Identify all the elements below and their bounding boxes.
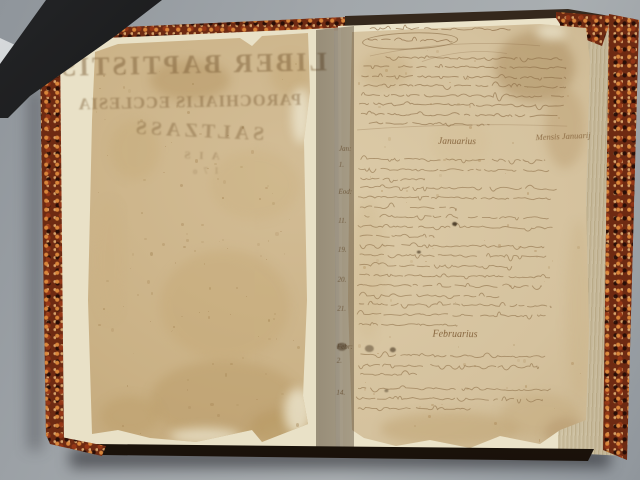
handwriting-line [369, 117, 489, 130]
handwriting-line [361, 368, 417, 381]
paper-stain [384, 389, 388, 392]
paper-stain [365, 345, 374, 352]
handwriting-line [358, 402, 470, 415]
paper-stain [452, 222, 457, 226]
photographed-open-register-book: LIBER BAPTISTISPAROCHIALIS ECCLESIASALTZ… [0, 0, 640, 480]
handwriting-line [359, 318, 457, 331]
paper-stain [417, 251, 421, 254]
paper-stain [390, 347, 396, 352]
